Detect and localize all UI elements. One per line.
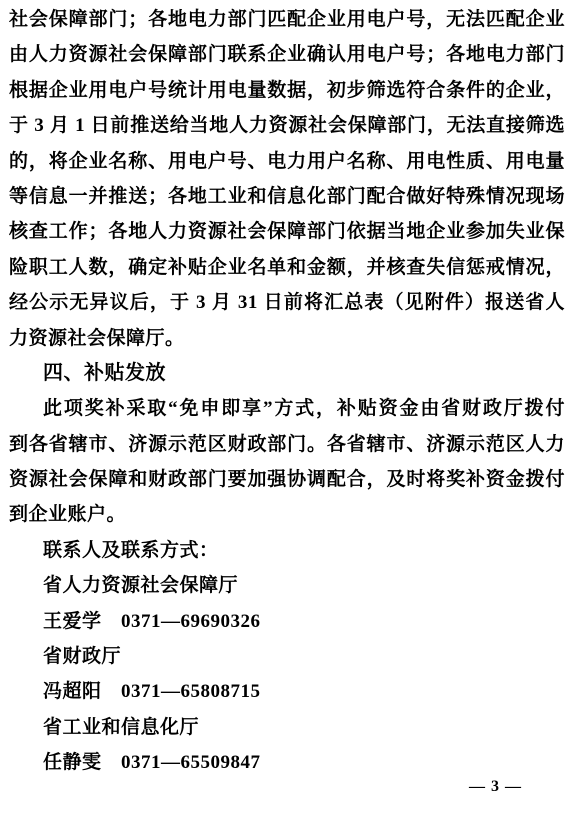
page-number: — 3 — xyxy=(469,777,522,797)
paragraph-line: 于 3 月 1 日前推送给当地人力资源社会保障部门，无法直接筛选 xyxy=(9,108,565,143)
section-heading: 四、补贴发放 xyxy=(9,356,565,391)
document-body: 社会保障部门；各地电力部门匹配企业用电户号，无法匹配企业 由人力资源社会保障部门… xyxy=(9,2,565,781)
contact-department: 省工业和信息化厅 xyxy=(9,710,565,745)
contact-department: 省财政厅 xyxy=(9,639,565,674)
paragraph-line: 此项奖补采取“免申即享”方式，补贴资金由省财政厅拨付 xyxy=(9,391,565,426)
contact-department: 省人力资源社会保障厅 xyxy=(9,568,565,603)
paragraph-line: 力资源社会保障厅。 xyxy=(9,321,565,356)
paragraph-line: 资源社会保障和财政部门要加强协调配合，及时将奖补资金拨付 xyxy=(9,462,565,497)
document-page: 社会保障部门；各地电力部门匹配企业用电户号，无法匹配企业 由人力资源社会保障部门… xyxy=(0,0,574,814)
paragraph-line: 根据企业用电户号统计用电量数据，初步筛选符合条件的企业， xyxy=(9,73,565,108)
paragraph-line: 等信息一并推送；各地工业和信息化部门配合做好特殊情况现场 xyxy=(9,179,565,214)
paragraph-line: 到各省辖市、济源示范区财政部门。各省辖市、济源示范区人力 xyxy=(9,427,565,462)
paragraph-line: 到企业账户。 xyxy=(9,497,565,532)
paragraph-line: 社会保障部门；各地电力部门匹配企业用电户号，无法匹配企业 xyxy=(9,2,565,37)
contact-person-phone: 王爱学 0371—69690326 xyxy=(9,604,565,639)
contact-person-phone: 任静雯 0371—65509847 xyxy=(9,745,565,780)
paragraph-line: 由人力资源社会保障部门联系企业确认用电户号；各地电力部门 xyxy=(9,37,565,72)
contact-person-phone: 冯超阳 0371—65808715 xyxy=(9,674,565,709)
contacts-label: 联系人及联系方式： xyxy=(9,533,565,568)
paragraph-line: 核查工作；各地人力资源社会保障部门依据当地企业参加失业保 xyxy=(9,214,565,249)
paragraph-line: 的，将企业名称、用电户号、电力用户名称、用电性质、用电量 xyxy=(9,144,565,179)
paragraph-line: 险职工人数，确定补贴企业名单和金额，并核查失信惩戒情况， xyxy=(9,250,565,285)
paragraph-line: 经公示无异议后，于 3 月 31 日前将汇总表（见附件）报送省人 xyxy=(9,285,565,320)
